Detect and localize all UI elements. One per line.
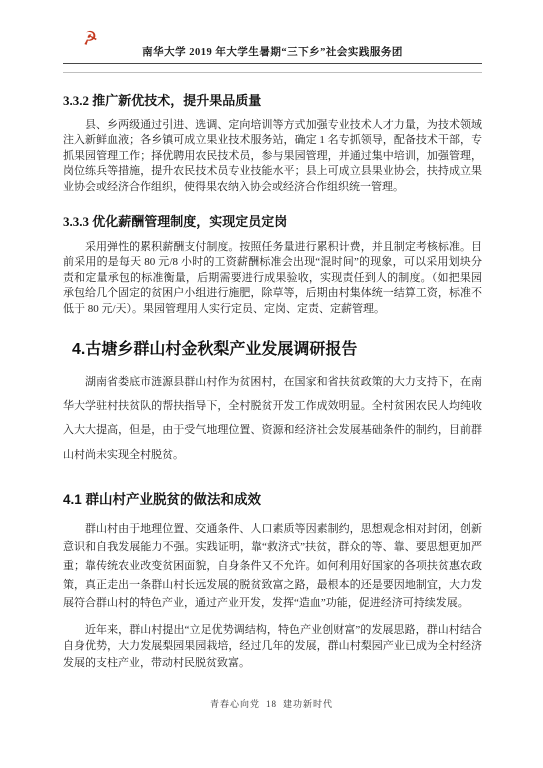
paragraph-3-3-3: 采用弹性的累积薪酬支付制度。按照任务量进行累积计费，并且制定考核标准。目前采用的… [63,240,482,317]
section-heading-4-1: 4.1 群山村产业脱贫的做法和成效 [63,488,482,508]
document-page: ☭ 南华大学 2019 年大学生暑期“三下乡”社会实践服务团 3.3.2 推广新… [0,0,543,768]
party-emblem-icon: ☭ [80,29,100,50]
paragraph-4-1-b: 近年来，群山村提出“立足优势调结构，特色产业创财富”的发展思路，群山村结合自身优… [63,622,482,672]
header-title: 南华大学 2019 年大学生暑期“三下乡”社会实践服务团 [63,44,482,59]
paragraph-4-intro: 湖南省娄底市涟源县群山村作为贫困村，在国家和省扶贫政策的大力支持下，在南华大学驻… [63,370,482,467]
footer-text-right: 建功新时代 [283,699,333,709]
page-footer: 青春心向党18建功新时代 [0,697,543,710]
header-rule-top [63,63,482,64]
footer-text-left: 青春心向党 [210,699,260,709]
header-rule-bottom [63,72,482,73]
section-heading-3-3-3: 3.3.3 优化薪酬管理制度，实现定员定岗 [63,211,482,230]
document-body: 3.3.2 推广新优技术，提升果品质量 县、乡两级通过引进、选调、定向培训等方式… [63,74,482,671]
paragraph-3-3-2: 县、乡两级通过引进、选调、定向培训等方式加强专业技术人才力量，为技术领域注入新鲜… [63,118,482,195]
chapter-heading-4: 4.古塘乡群山村金秋梨产业发展调研报告 [63,336,482,359]
page-number: 18 [266,699,277,709]
page-header: ☭ 南华大学 2019 年大学生暑期“三下乡”社会实践服务团 [63,0,482,73]
section-heading-3-3-2: 3.3.2 推广新优技术，提升果品质量 [63,90,482,109]
paragraph-4-1-a: 群山村由于地理位置、交通条件、人口素质等因素制约，思想观念相对封闭，创新意识和自… [63,520,482,613]
